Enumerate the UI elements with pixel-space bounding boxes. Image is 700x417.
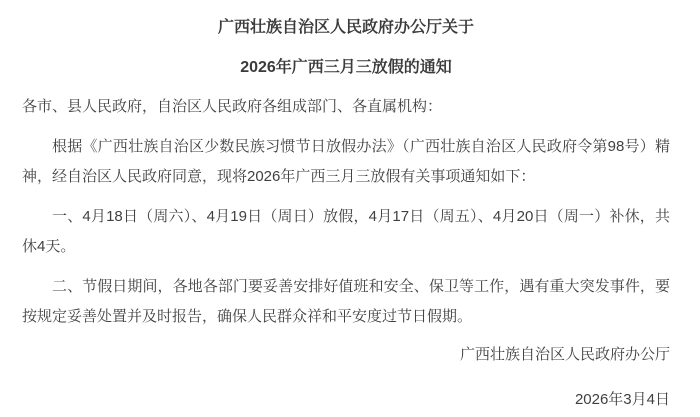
- issuer-signature: 广西壮族自治区人民政府办公厅: [22, 340, 670, 370]
- issue-date: 2026年3月4日: [22, 385, 670, 415]
- paragraph-duty-arrangements: 二、节假日期间，各地各部门要妥善安排好值班和安全、保卫等工作，遇有重大突发事件，…: [22, 272, 670, 332]
- salutation-line: 各市、县人民政府，自治区人民政府各组成部门、各直属机构：: [22, 92, 670, 122]
- notice-title-line2: 2026年广西三月三放假的通知: [22, 53, 670, 83]
- notice-document: 广西壮族自治区人民政府办公厅关于 2026年广西三月三放假的通知 各市、县人民政…: [0, 0, 700, 417]
- notice-title-line1: 广西壮族自治区人民政府办公厅关于: [22, 13, 670, 43]
- paragraph-legal-basis: 根据《广西壮族自治区少数民族习惯节日放假办法》（广西壮族自治区人民政府令第98号…: [22, 132, 670, 192]
- paragraph-holiday-dates: 一、4月18日（周六）、4月19日（周日）放假，4月17日（周五）、4月20日（…: [22, 202, 670, 262]
